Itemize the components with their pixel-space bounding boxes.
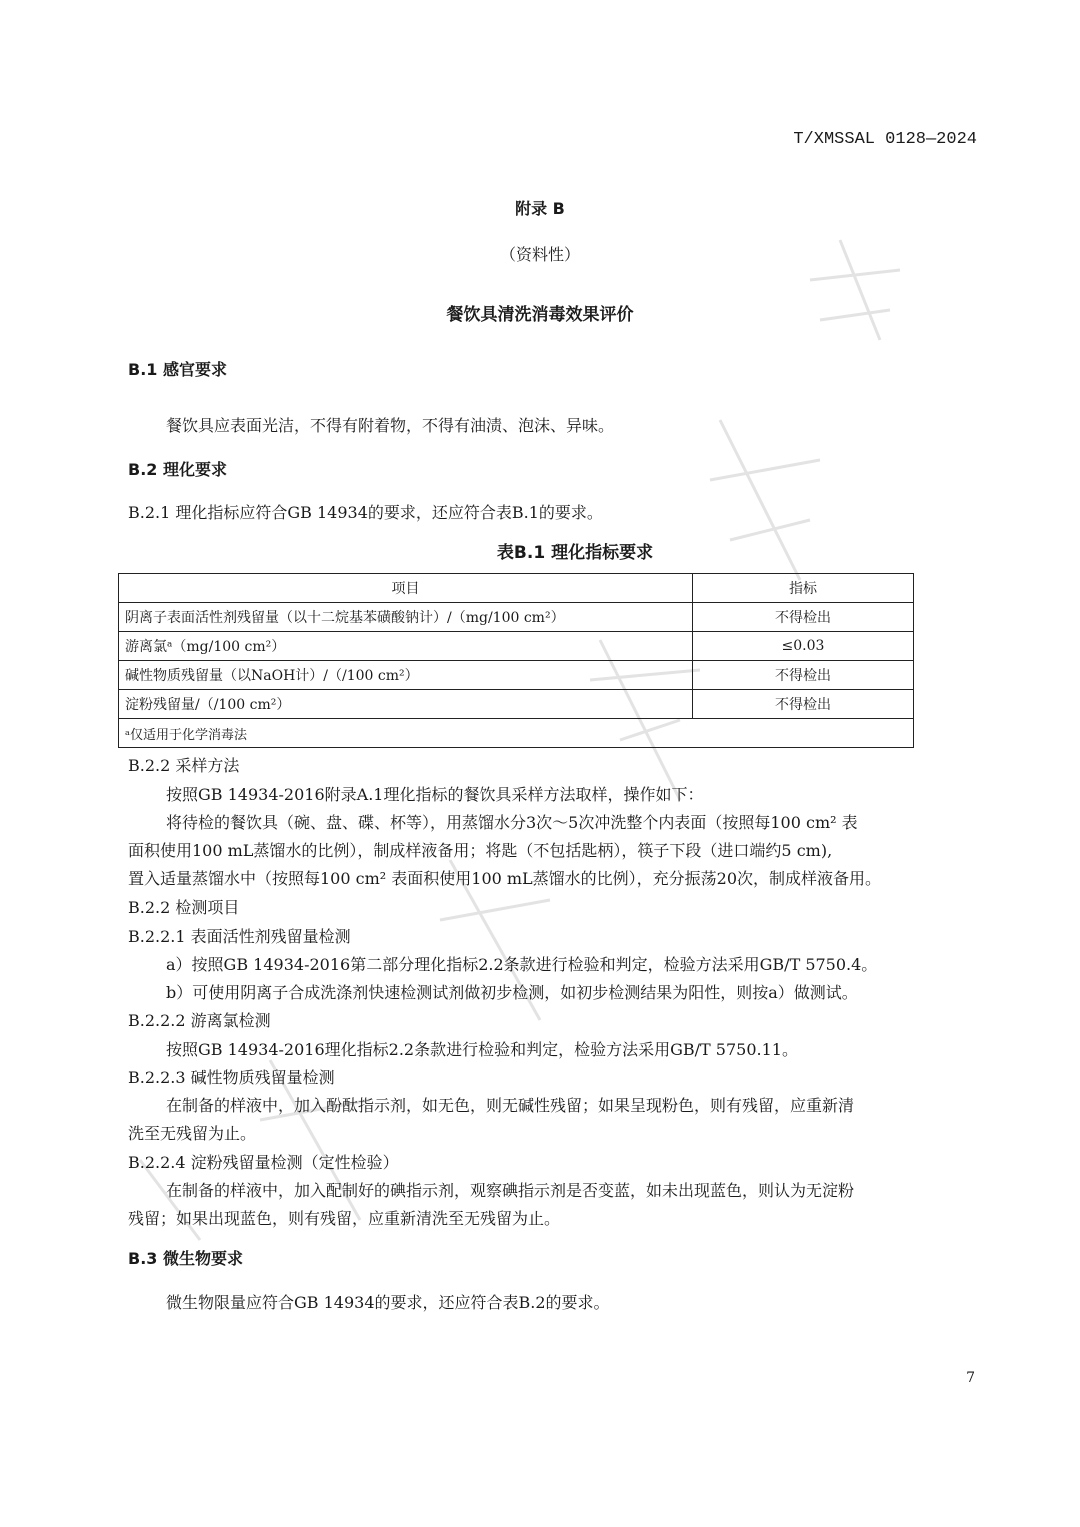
page-number: 7 xyxy=(966,1370,975,1386)
table-cell-value: 不得检出 xyxy=(693,603,914,632)
section-b2-heading: B.2 理化要求 xyxy=(128,457,227,480)
table-row: 碱性物质残留量（以NaOH计）/（/100 cm²） 不得检出 xyxy=(119,661,914,690)
sampling-paragraph-2-line3: 置入适量蒸馏水中（按照每100 cm² 表面积使用100 mL蒸馏水的比例），充… xyxy=(128,866,881,889)
section-b21-text: B.2.1 理化指标应符合GB 14934的要求，还应符合表B.1的要求。 xyxy=(128,500,603,523)
b224-text-line2: 残留；如果出现蓝色，则有残留，应重新清洗至无残留为止。 xyxy=(128,1206,560,1229)
b223-text-line1: 在制备的样液中，加入酚酞指示剂，如无色，则无碱性残留；如果呈现粉色，则有残留，应… xyxy=(166,1093,854,1116)
document-number: T/XMSSAL 0128—2024 xyxy=(793,130,977,149)
table-cell-item: 游离氯ᵃ（mg/100 cm²） xyxy=(119,632,693,661)
section-b22-sampling-heading: B.2.2 采样方法 xyxy=(128,753,239,776)
b221-item-b: b）可使用阴离子合成洗涤剂快速检测试剂做初步检测，如初步检测结果为阳性，则按a）… xyxy=(166,980,858,1003)
section-b3-heading: B.3 微生物要求 xyxy=(128,1246,243,1269)
table-row: 游离氯ᵃ（mg/100 cm²） ≤0.03 xyxy=(119,632,914,661)
table-row: 淀粉残留量/（/100 cm²） 不得检出 xyxy=(119,690,914,719)
table-cell-item: 阴离子表面活性剂残留量（以十二烷基苯磺酸钠计）/（mg/100 cm²） xyxy=(119,603,693,632)
table-footnote: ᵃ仅适用于化学消毒法 xyxy=(119,719,914,748)
table-header-indicator: 指标 xyxy=(693,574,914,603)
table-cell-value: 不得检出 xyxy=(693,690,914,719)
b224-text-line1: 在制备的样液中，加入配制好的碘指示剂，观察碘指示剂是否变蓝，如未出现蓝色，则认为… xyxy=(166,1178,854,1201)
table-cell-value: 不得检出 xyxy=(693,661,914,690)
table-b1: 项目 指标 阴离子表面活性剂残留量（以十二烷基苯磺酸钠计）/（mg/100 cm… xyxy=(118,573,914,748)
section-b224-heading: B.2.2.4 淀粉残留量检测（定性检验） xyxy=(128,1150,399,1173)
table-footnote-row: ᵃ仅适用于化学消毒法 xyxy=(119,719,914,748)
sampling-paragraph-2-line1: 将待检的餐饮具（碗、盘、碟、杯等），用蒸馏水分3次～5次冲洗整个内表面（按照每1… xyxy=(166,810,858,833)
b221-item-a: a）按照GB 14934-2016第二部分理化指标2.2条款进行检验和判定，检验… xyxy=(166,952,877,975)
table-cell-item: 碱性物质残留量（以NaOH计）/（/100 cm²） xyxy=(119,661,693,690)
section-b222-heading: B.2.2.2 游离氯检测 xyxy=(128,1008,271,1031)
appendix-label: 附录 B xyxy=(0,196,1080,219)
section-b1-heading: B.1 感官要求 xyxy=(128,357,227,380)
section-b223-heading: B.2.2.3 碱性物质残留量检测 xyxy=(128,1065,335,1088)
b222-text: 按照GB 14934-2016理化指标2.2条款进行检验和判定，检验方法采用GB… xyxy=(166,1037,798,1060)
appendix-nature: （资料性） xyxy=(0,242,1080,265)
section-b1-text: 餐饮具应表面光洁，不得有附着物，不得有油渍、泡沫、异味。 xyxy=(166,413,614,436)
section-b221-heading: B.2.2.1 表面活性剂残留量检测 xyxy=(128,924,351,947)
sampling-paragraph-1: 按照GB 14934-2016附录A.1理化指标的餐饮具采样方法取样，操作如下： xyxy=(166,782,703,805)
table-cell-value: ≤0.03 xyxy=(693,632,914,661)
section-b22-items-heading: B.2.2 检测项目 xyxy=(128,895,239,918)
table-header-item: 项目 xyxy=(119,574,693,603)
appendix-title: 餐饮具清洗消毒效果评价 xyxy=(0,300,1080,325)
section-b3-text: 微生物限量应符合GB 14934的要求，还应符合表B.2的要求。 xyxy=(166,1290,610,1313)
sampling-paragraph-2-line2: 面积使用100 mL蒸馏水的比例），制成样液备用；将匙（不包括匙柄），筷子下段（… xyxy=(128,838,832,861)
b223-text-line2: 洗至无残留为止。 xyxy=(128,1121,256,1144)
table-header-row: 项目 指标 xyxy=(119,574,914,603)
table-caption: 表B.1 理化指标要求 xyxy=(0,538,1080,563)
table-row: 阴离子表面活性剂残留量（以十二烷基苯磺酸钠计）/（mg/100 cm²） 不得检… xyxy=(119,603,914,632)
table-cell-item: 淀粉残留量/（/100 cm²） xyxy=(119,690,693,719)
